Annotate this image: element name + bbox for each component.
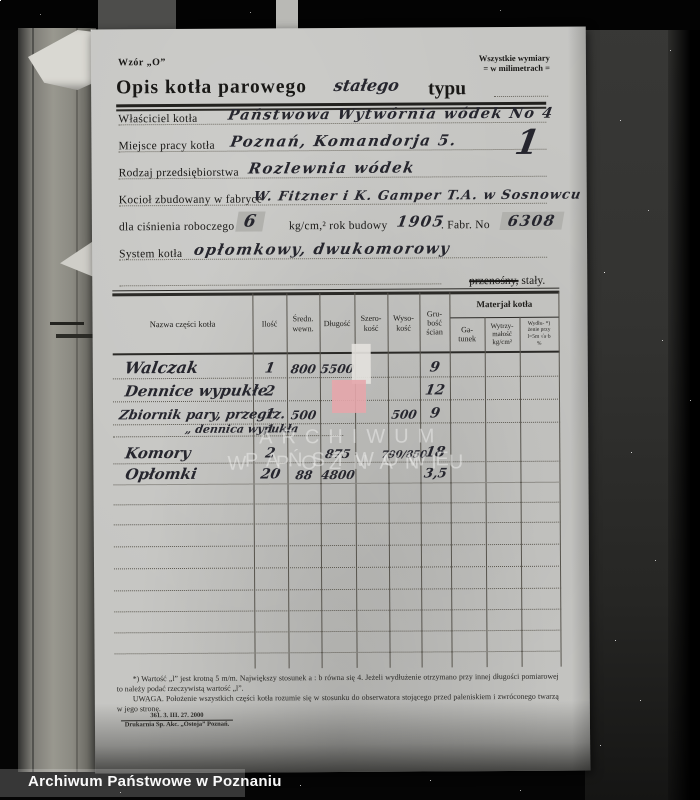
field-pressure: dla ciśnienia roboczego 6 kg/cm,² rok bu… [119, 209, 547, 236]
part-height: 500 [387, 408, 421, 422]
part-thickness: 12 [419, 382, 452, 398]
field-label: System kotła [119, 248, 182, 260]
field-workplace: Miejsce pracy kotła Poznań, Komandorja 5… [118, 128, 546, 155]
row-line [114, 588, 561, 592]
form-title-suffix: typu [428, 78, 466, 100]
row-line [114, 609, 561, 613]
footnote-asterisk: *) Wartość „l” jest krotną 5 m/m. Najwię… [117, 672, 559, 695]
row-line [114, 544, 561, 548]
field-label: Rodzaj przedsiębiorstwa [119, 167, 239, 180]
header-gatunek: Ga- tunek [449, 317, 484, 351]
field-system: System kotła opłomkowy, dwukomorowy [119, 236, 547, 263]
row-line [114, 566, 561, 570]
page-tab-sliver [276, 0, 298, 30]
page-stack-left-edge [18, 28, 96, 772]
pressure-label-1: dla ciśnienia roboczego [119, 221, 235, 234]
part-qty: 1 [251, 360, 288, 376]
field-value-handwritten: Państwowa Wytwórnia wódek No 4 [227, 105, 555, 124]
header-grubosc: Gru- bość ścian [419, 294, 449, 351]
paper-crease [32, 28, 34, 772]
header-wydluzenie: Wydłu- *) żenie przy l=5m √a·b % [519, 317, 558, 351]
field-factory: Kocioł zbudowany w fabryce W. Fitzner i … [119, 182, 547, 209]
page-shadow [95, 700, 590, 773]
paper-crease [76, 28, 78, 772]
header-name: Nazwa części kotła [112, 296, 252, 354]
part-qty: 2 [252, 383, 289, 399]
underlying-print-fragment [50, 322, 84, 325]
boiler-type-handwritten: stałego [332, 76, 400, 95]
form-title: Opis kotła parowego [116, 76, 307, 98]
boiler-parts-table: Nazwa części kotła Ilość Średn. wewn. Dł… [112, 288, 561, 671]
field-label: Kocioł zbudowany w fabryce [119, 193, 263, 206]
dimensions-note: Wszystkie wymiary = w milimetrach = [479, 53, 550, 74]
part-length: 5500 [319, 362, 356, 376]
part-diameter: 500 [286, 408, 321, 422]
form-title-row: Opis kotła parowego stałego typu [116, 75, 548, 104]
archive-watermark-line2: W POZNANIU [151, 451, 551, 476]
scanned-document-view: Wzór „O” Wszystkie wymiary = w milimetra… [0, 0, 700, 800]
crossed-out-word: przenośny, [469, 275, 518, 287]
header-ilosc: Ilość [252, 295, 286, 352]
part-name: Zbiornik pary, przegrz. [112, 407, 265, 423]
film-grain [91, 30, 92, 31]
part-thickness: 9 [419, 405, 452, 421]
field-label: Właściciel kotła [118, 113, 197, 125]
white-sticker-mark [352, 344, 371, 384]
part-thickness: 9 [418, 359, 451, 375]
header-wytrzymalosc: Wytrzy- małość kg/cm² [484, 317, 519, 351]
form-pattern-mark: Wzór „O” [118, 57, 166, 68]
row-line [114, 502, 561, 506]
year-value-handwritten: 1905 [395, 212, 446, 230]
pressure-value-handwritten: 6 [235, 211, 266, 231]
underlying-print-fragment [56, 334, 96, 338]
field-label: Miejsce pracy kotła [118, 140, 214, 153]
field-value-handwritten: Poznań, Komandorja 5. [229, 131, 459, 150]
pink-censor-square [332, 380, 366, 413]
field-owner: Właściciel kotła Państwowa Wytwórnia wód… [118, 101, 546, 128]
field-value-handwritten: Rozlewnia wódek [247, 159, 417, 178]
film-grain [0, 0, 1, 1]
field-enterprise: Rodzaj przedsiębiorstwa Rozlewnia wódek [119, 155, 547, 182]
field-value-handwritten: W. Fitzner i K. Gamper T.A. w Sosnowcu [252, 188, 582, 205]
part-qty: 1 [252, 406, 289, 422]
blank-dotted-line [494, 96, 548, 97]
archive-caption: Archiwum Państwowe w Poznaniu [28, 773, 282, 790]
field-value-handwritten: opłomkowy, dwukomorowy [193, 239, 452, 259]
kept-word: stały. [521, 275, 545, 287]
row-line [115, 651, 562, 655]
part-name: Walczak [111, 358, 254, 378]
header-wysokosc: Wyso- kość [387, 295, 419, 352]
dotted-baseline [119, 283, 441, 286]
pressure-label-2: kg/cm,² rok budowy [289, 220, 388, 233]
header-dlugosc: Długość [319, 295, 354, 352]
part-name: Dennice wypukłe [111, 381, 264, 400]
pressure-label-3: . Fabr. No [441, 219, 490, 231]
scan-edge-right [668, 0, 700, 800]
part-diameter: 800 [286, 362, 321, 376]
form-page: Wzór „O” Wszystkie wymiary = w milimetra… [91, 26, 591, 773]
header-material-group: Materjał kotła [449, 292, 559, 318]
mobility-line: przenośny, stały. [119, 269, 547, 290]
row-line [114, 630, 561, 634]
row-line [114, 522, 561, 526]
header-srednica: Średn. wewn. [286, 295, 319, 352]
fabr-no-handwritten: 6308 [499, 212, 564, 230]
table-row: Walczak 1 800 5500 9 [113, 352, 560, 379]
